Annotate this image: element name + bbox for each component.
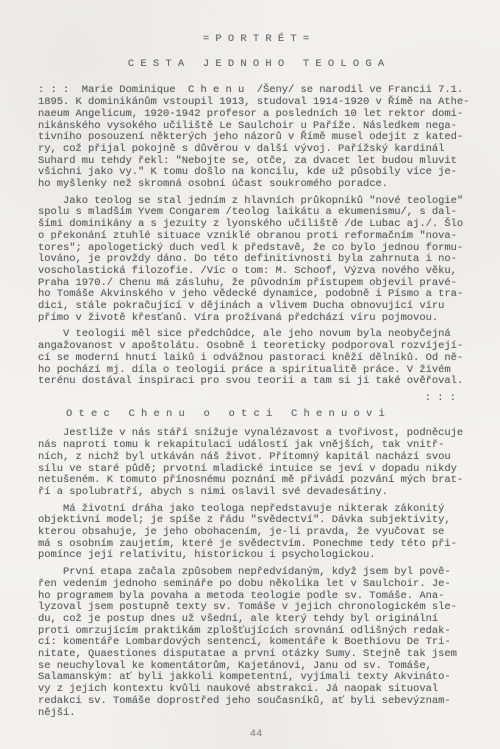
- text-line: cí se moderní hnutí laiků i odvážnou pas…: [38, 353, 474, 365]
- paragraph: Jako teolog se stal jedním z hlavních pr…: [38, 196, 474, 325]
- text-line: řen vedením jednoho semináře po dobu něk…: [38, 579, 474, 591]
- text-line: voscholastická filozofie. /Víc o tom: M.…: [38, 266, 474, 278]
- bio-section: : : : Marie Dominique C h e n u /Šeny/ s…: [38, 85, 474, 388]
- text-line: redakci sv. Tomáše doprostřed jeho souča…: [38, 696, 474, 708]
- text-line: pomínce její relativitu, historickou i p…: [38, 550, 474, 562]
- paragraph: Jestliže v nás stáří snižuje vynalézavos…: [38, 428, 474, 498]
- section-break-marker: : : :: [38, 393, 474, 405]
- document-page: = P O R T R É T = C E S T A J E D N O H …: [0, 0, 500, 749]
- text-line: naeum Angelicum, 1920-1942 profesor a po…: [38, 109, 474, 121]
- paragraph: Má životní dráha jako teologa nepředstav…: [38, 504, 474, 563]
- text-line: dici, stále pokračující v dějinách a vli…: [38, 301, 474, 313]
- text-line: ho myšlenky než skromná osobní účast sou…: [38, 179, 474, 191]
- text-line: nější.: [38, 708, 474, 720]
- text-line: terénu dostával inspiraci pro svou teori…: [38, 376, 474, 388]
- memoir-section: Jestliže v nás stáří snižuje vynalézavos…: [38, 428, 474, 719]
- text-line: du, což je postup dnes už všední, ale kt…: [38, 614, 474, 626]
- paragraph: První etapa začala způsobem nepředvídaný…: [38, 567, 474, 719]
- text-line: přímo v životě křesťanů. Víra prožívaná …: [38, 313, 474, 325]
- text-line: kterou obsahuje, je jeho obohacením, je-…: [38, 527, 474, 539]
- paragraph: : : : Marie Dominique C h e n u /Šeny/ s…: [38, 85, 474, 190]
- paragraph: V teologii měl sice předchůdce, ale jeho…: [38, 329, 474, 388]
- page-title: = P O R T R É T =: [38, 34, 474, 46]
- text-line: ních, z nichž byl utkáván náš život. Pří…: [38, 452, 474, 464]
- text-line: ry, což přijal pokojně s důvěrou v další…: [38, 144, 474, 156]
- page-subtitle: C E S T A J E D N O H O T E O L O G A: [38, 59, 474, 71]
- text-line: ří a spolubratří, abych s nimi oslavil s…: [38, 487, 474, 499]
- section-heading: O t e c C h e n u o o t c i C h e n u o …: [66, 409, 474, 421]
- text-line: o překonání ztuhlé situace vzniklé obran…: [38, 231, 474, 243]
- text-line: nitate, Quaestiones disputatae a první o…: [38, 649, 474, 661]
- page-number: 44: [38, 729, 474, 741]
